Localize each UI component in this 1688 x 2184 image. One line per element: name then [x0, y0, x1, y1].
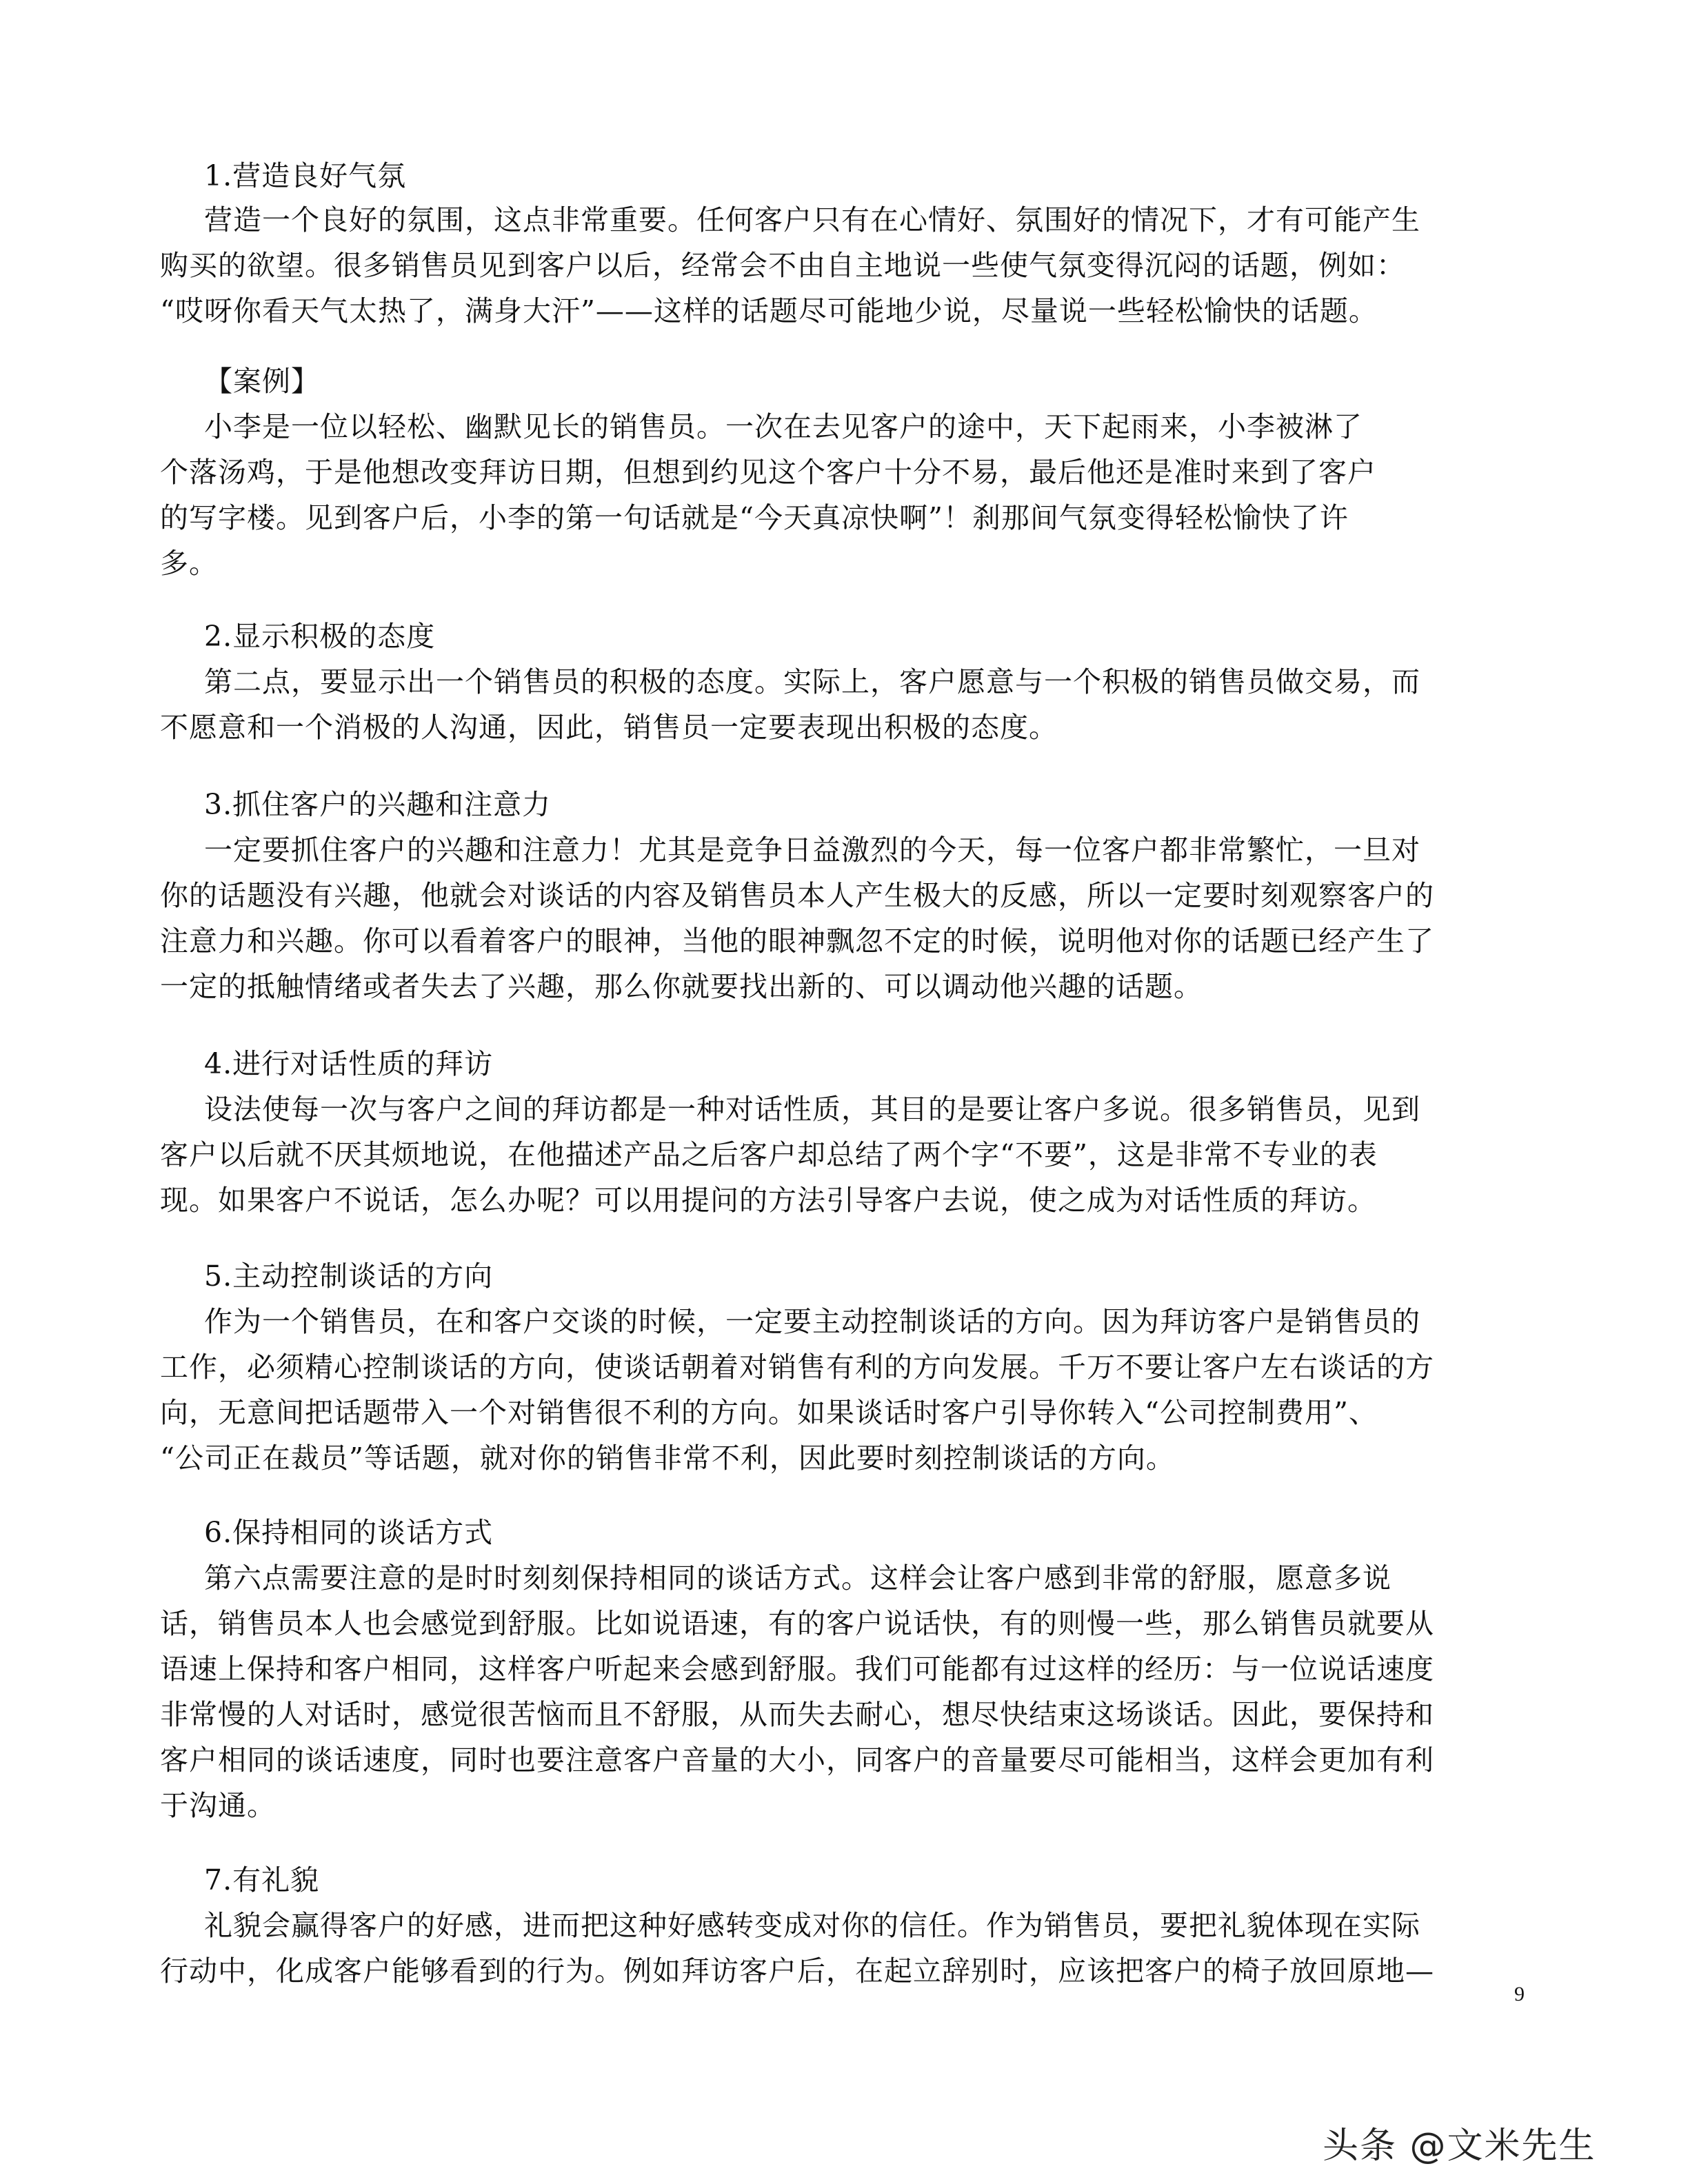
paragraph-line: 语速上保持和客户相同，这样客户听起来会感到舒服。我们可能都有过这样的经历：与一位…	[160, 1646, 1434, 1692]
paragraph-line: 于沟通。	[160, 1783, 276, 1828]
watermark: 头条 @文米先生	[1323, 2116, 1596, 2168]
paragraph-line: 购买的欲望。很多销售员见到客户以后，经常会不由自主地说一些使气氛变得沉闷的话题，…	[160, 243, 1405, 288]
paragraph-line: 营造一个良好的氛围，这点非常重要。任何客户只有在心情好、氛围好的情况下，才有可能…	[204, 197, 1420, 243]
paragraph-line: 设法使每一次与客户之间的拜访都是一种对话性质，其目的是要让客户多说。很多销售员，…	[204, 1086, 1420, 1132]
document-page: 1.营造良好气氛 营造一个良好的氛围，这点非常重要。任何客户只有在心情好、氛围好…	[0, 0, 1688, 2184]
paragraph-line: 第二点，要显示出一个销售员的积极的态度。实际上，客户愿意与一个积极的销售员做交易…	[204, 659, 1420, 705]
paragraph-line: 第六点需要注意的是时时刻刻保持相同的谈话方式。这样会让客户感到非常的舒服，愿意多…	[204, 1555, 1391, 1601]
paragraph-line: 多。	[160, 540, 218, 586]
paragraph-line: 的写字楼。见到客户后，小李的第一句话就是“今天真凉快啊”！刹那间气氛变得轻松愉快…	[160, 495, 1349, 540]
section-heading: 4.进行对话性质的拜访	[204, 1041, 493, 1086]
paragraph-line: 工作，必须精心控制谈话的方向，使谈话朝着对销售有利的方向发展。千万不要让客户左右…	[160, 1344, 1434, 1390]
paragraph-line: 礼貌会赢得客户的好感，进而把这种好感转变成对你的信任。作为销售员，要把礼貌体现在…	[204, 1903, 1420, 1948]
paragraph-line: 客户以后就不厌其烦地说，在他描述产品之后客户却总结了两个字“不要”，这是非常不专…	[160, 1132, 1378, 1177]
paragraph-line: 你的话题没有兴趣，他就会对谈话的内容及销售员本人产生极大的反感，所以一定要时刻观…	[160, 873, 1434, 918]
section-heading: 6.保持相同的谈话方式	[204, 1510, 493, 1555]
paragraph-line: 小李是一位以轻松、幽默见长的销售员。一次在去见客户的途中，天下起雨来，小李被淋了	[204, 404, 1363, 449]
paragraph-line: 作为一个销售员，在和客户交谈的时候，一定要主动控制谈话的方向。因为拜访客户是销售…	[204, 1299, 1420, 1344]
paragraph-line: 不愿意和一个消极的人沟通，因此，销售员一定要表现出积极的态度。	[160, 705, 1058, 750]
section-heading: 3.抓住客户的兴趣和注意力	[204, 782, 551, 827]
paragraph-line: 一定的抵触情绪或者失去了兴趣，那么你就要找出新的、可以调动他兴趣的话题。	[160, 964, 1203, 1009]
paragraph-line: 客户相同的谈话速度，同时也要注意客户音量的大小，同客户的音量要尽可能相当，这样会…	[160, 1737, 1434, 1783]
paragraph-line: “哎呀你看天气太热了，满身大汗”——这样的话题尽可能地少说，尽量说一些轻松愉快的…	[160, 288, 1378, 334]
paragraph-line: 一定要抓住客户的兴趣和注意力！尤其是竞争日益激烈的今天，每一位客户都非常繁忙，一…	[204, 827, 1420, 873]
paragraph-line: 个落汤鸡，于是他想改变拜访日期，但想到约见这个客户十分不易，最后他还是准时来到了…	[160, 449, 1376, 495]
paragraph-line: 行动中，化成客户能够看到的行为。例如拜访客户后，在起立辞别时，应该把客户的椅子放…	[160, 1948, 1434, 1994]
paragraph-line: 话，销售员本人也会感觉到舒服。比如说语速，有的客户说话快，有的则慢一些，那么销售…	[160, 1601, 1434, 1646]
paragraph-line: “公司正在裁员”等话题，就对你的销售非常不利，因此要时刻控制谈话的方向。	[160, 1435, 1175, 1481]
section-heading: 1.营造良好气氛	[204, 153, 406, 199]
paragraph-line: 现。如果客户不说话，怎么办呢？可以用提问的方法引导客户去说，使之成为对话性质的拜…	[160, 1177, 1376, 1223]
page-number: 9	[1514, 1983, 1525, 2006]
paragraph-line: 注意力和兴趣。你可以看着客户的眼神，当他的眼神飘忽不定的时候，说明他对你的话题已…	[160, 918, 1434, 964]
paragraph-line: 非常慢的人对话时，感觉很苦恼而且不舒服，从而失去耐心，想尽快结束这场谈话。因此，…	[160, 1692, 1434, 1737]
case-heading: 【案例】	[204, 358, 320, 404]
paragraph-line: 向，无意间把话题带入一个对销售很不利的方向。如果谈话时客户引导你转入“公司控制费…	[160, 1390, 1378, 1435]
section-heading: 5.主动控制谈话的方向	[204, 1253, 493, 1299]
section-heading: 7.有礼貌	[204, 1857, 319, 1903]
section-heading: 2.显示积极的态度	[204, 614, 435, 659]
